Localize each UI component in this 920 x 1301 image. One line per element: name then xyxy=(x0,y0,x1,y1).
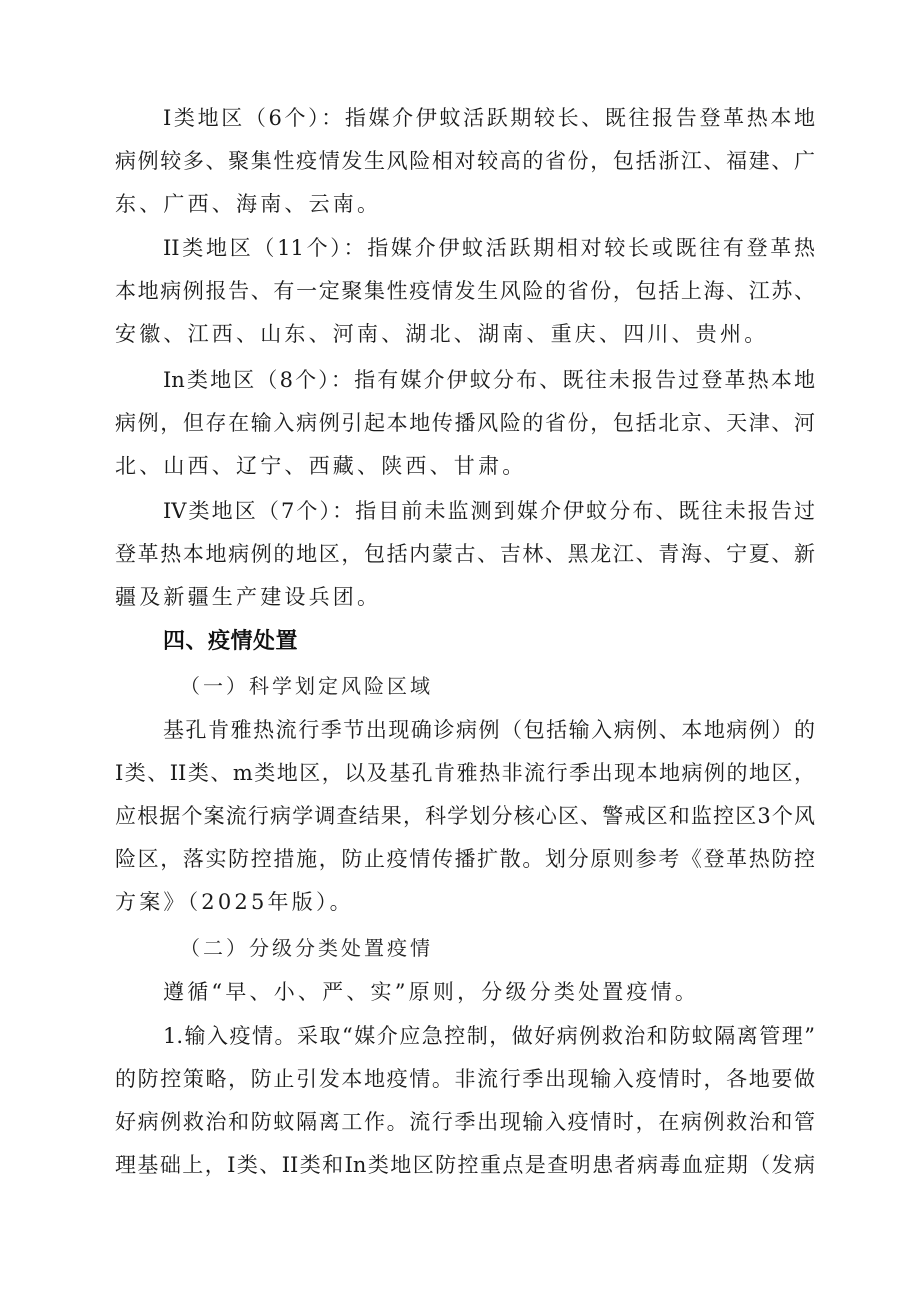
paragraph-line: 方案》（2025年版）。 xyxy=(115,888,815,916)
paragraph-line: I类地区（6个）：指媒介伊蚊活跃期较长、既往报告登革热本地 xyxy=(163,104,815,132)
paragraph-line: IV类地区（7个）：指目前未监测到媒介伊蚊分布、既往未报告过 xyxy=(163,497,815,525)
paragraph-line: 险区，落实防控措施，防止疫情传播扩散。划分原则参考《登革热防控 xyxy=(115,845,815,873)
paragraph-line: 的防控策略，防止引发本地疫情。非流行季出现输入疫情时，各地要做 xyxy=(115,1065,815,1093)
subsection-heading: （二）分级分类处置疫情 xyxy=(180,934,433,962)
document-page: I类地区（6个）：指媒介伊蚊活跃期较长、既往报告登革热本地 病例较多、聚集性疫情… xyxy=(0,0,920,1301)
paragraph-line: 病例较多、聚集性疫情发生风险相对较高的省份，包括浙江、福建、广 xyxy=(115,147,815,175)
paragraph-line: 好病例救治和防蚊隔离工作。流行季出现输入疫情时，在病例救治和管 xyxy=(115,1108,815,1136)
paragraph-line: 北、山西、辽宁、西藏、陕西、甘肃。 xyxy=(115,452,815,480)
subsection-heading: （一）科学划定风险区域 xyxy=(180,672,433,700)
paragraph-line: II类地区（11个）：指媒介伊蚊活跃期相对较长或既往有登革热 xyxy=(163,234,815,262)
paragraph-line: 遵循“早、小、严、实”原则，分级分类处置疫情。 xyxy=(163,978,815,1006)
paragraph-line: 基孔肯雅热流行季节出现确诊病例（包括输入病例、本地病例）的 xyxy=(163,716,815,744)
paragraph-line: 疆及新疆生产建设兵团。 xyxy=(115,583,815,611)
paragraph-line: 东、广西、海南、云南。 xyxy=(115,190,815,218)
section-heading: 四、疫情处置 xyxy=(163,627,298,657)
paragraph-line: 病例，但存在输入病例引起本地传播风险的省份，包括北京、天津、河 xyxy=(115,409,815,437)
paragraph-line: 1.输入疫情。采取“媒介应急控制，做好病例救治和防蚊隔离管理” xyxy=(163,1022,815,1050)
paragraph-line: 理基础上，I类、II类和In类地区防控重点是查明患者病毒血症期（发病 xyxy=(115,1151,815,1179)
paragraph-line: 应根据个案流行病学调查结果，科学划分核心区、警戒区和监控区3个风 xyxy=(115,802,815,830)
paragraph-line: 登革热本地病例的地区，包括内蒙古、吉林、黑龙江、青海、宁夏、新 xyxy=(115,540,815,568)
paragraph-line: I类、II类、m类地区，以及基孔肯雅热非流行季出现本地病例的地区， xyxy=(115,759,815,787)
paragraph-line: In类地区（8个）：指有媒介伊蚊分布、既往未报告过登革热本地 xyxy=(163,366,815,394)
paragraph-line: 安徽、江西、山东、河南、湖北、湖南、重庆、四川、贵州。 xyxy=(115,320,815,348)
paragraph-line: 本地病例报告、有一定聚集性疫情发生风险的省份，包括上海、江苏、 xyxy=(115,277,815,305)
